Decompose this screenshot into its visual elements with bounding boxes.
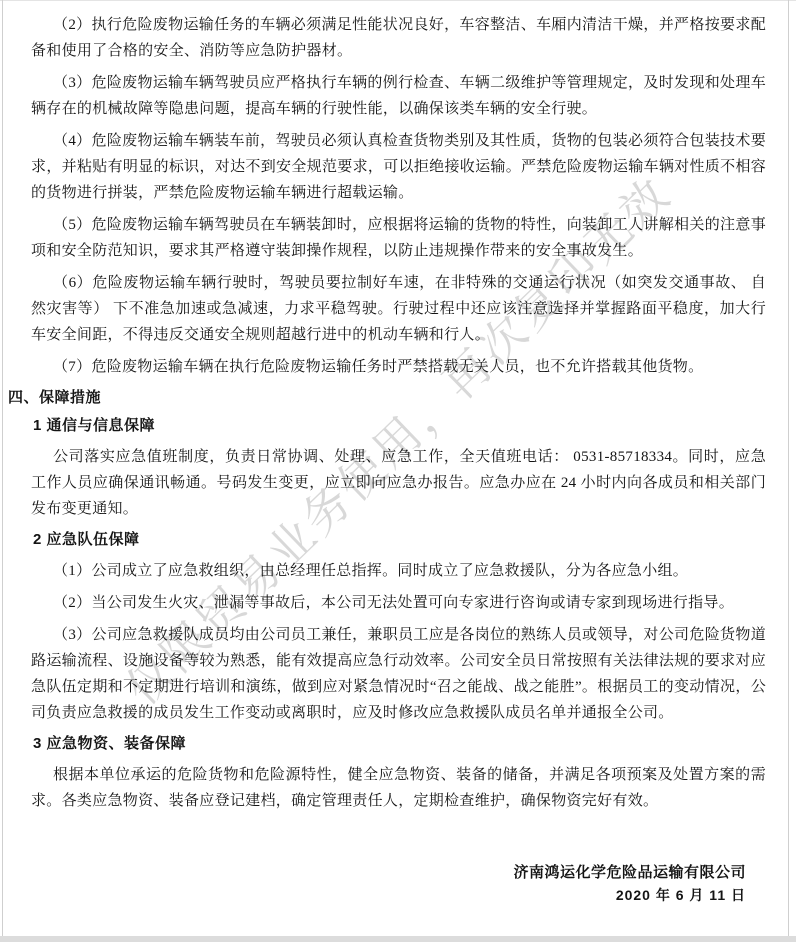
- page-edge-right: [788, 0, 789, 936]
- paragraph: （6）危险废物运输车辆行驶时，驾驶员要拉制好车速，在非特殊的交通运行状况（如突发…: [31, 270, 766, 348]
- document-page: 仅限贸易业务使用，再次复印无效 （2）执行危险废物运输任务的车辆必须满足性能状况…: [0, 0, 796, 942]
- heading-level2-emergency-team: 2 应急队伍保障: [33, 528, 766, 552]
- page-edge-left: [2, 0, 3, 936]
- signature-block: 济南鸿运化学危险品运输有限公司 2020 年 6 月 11 日: [31, 862, 746, 906]
- paragraph: （3）危险废物运输车辆驾驶员应严格执行车辆的例行检查、车辆二级维护等管理规定，及…: [31, 70, 766, 122]
- document-body: （2）执行危险废物运输任务的车辆必须满足性能状况良好，车容整洁、车厢内清洁干燥，…: [31, 6, 766, 906]
- heading-level1-safeguard-measures: 四、保障措施: [8, 386, 766, 410]
- paragraph: （2）当公司发生火灾、泄漏等事故后，本公司无法处置可向专家进行咨询或请专家到现场…: [31, 590, 766, 616]
- page-edge-bottom: [0, 936, 796, 942]
- paragraph: （2）执行危险废物运输任务的车辆必须满足性能状况良好，车容整洁、车厢内清洁干燥，…: [31, 12, 766, 64]
- paragraph: 公司落实应急值班制度，负责日常协调、处理、应急工作，全天值班电话： 0531-8…: [31, 444, 766, 522]
- page-edge-top: [0, 0, 796, 1]
- paragraph: 根据本单位承运的危险货物和危险源特性，健全应急物资、装备的储备，并满足各项预案及…: [31, 762, 766, 814]
- paragraph: （3）公司应急救援队成员均由公司员工兼任，兼职员工应是各岗位的熟练人员或领导，对…: [31, 622, 766, 726]
- paragraph: （4）危险废物运输车辆装车前，驾驶员必须认真检查货物类别及其性质，货物的包装必须…: [31, 128, 766, 206]
- signature-date: 2020 年 6 月 11 日: [31, 884, 746, 906]
- signature-company-name: 济南鸿运化学危险品运输有限公司: [31, 862, 746, 884]
- paragraph: （7）危险废物运输车辆在执行危险废物运输任务时严禁搭载无关人员，也不允许搭载其他…: [31, 354, 766, 380]
- heading-level2-communication: 1 通信与信息保障: [33, 414, 766, 438]
- paragraph: （1）公司成立了应急救组织，由总经理任总指挥。同时成立了应急救援队，分为各应急小…: [31, 558, 766, 584]
- paragraph: （5）危险废物运输车辆驾驶员在车辆装卸时，应根据将运输的货物的特性，向装卸工人讲…: [31, 212, 766, 264]
- heading-level2-supplies-equipment: 3 应急物资、装备保障: [33, 732, 766, 756]
